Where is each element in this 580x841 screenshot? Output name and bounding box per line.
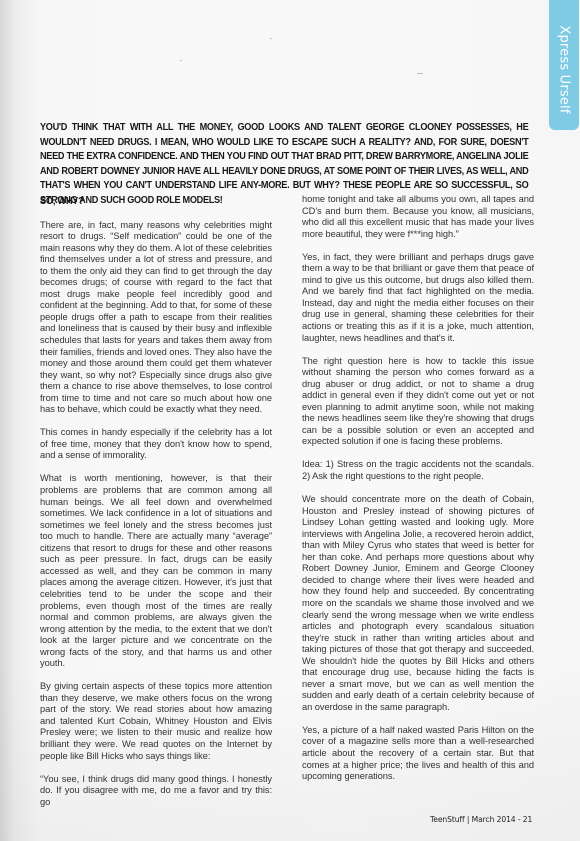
quote-paragraph: “You see, I think drugs did many good th… (40, 774, 272, 809)
section-tab-label: Xpress Urself (557, 25, 572, 115)
quote-paragraph: home tonight and take all albums you own… (302, 194, 534, 240)
body-paragraph: What is worth mentioning, however, is th… (40, 473, 272, 669)
body-paragraph: By giving certain aspects of these topic… (40, 681, 272, 762)
idea-paragraph: Idea: 1) Stress on the tragic accidents … (302, 459, 534, 482)
section-heading: SO, WHY? (40, 196, 244, 208)
body-paragraph: Yes, a picture of a half naked wasted Pa… (302, 725, 534, 783)
article-column-left: SO, WHY? There are, in fact, many reason… (40, 196, 272, 820)
body-paragraph: There are, in fact, many reasons why cel… (40, 220, 272, 416)
body-paragraph: We should concentrate more on the death … (302, 494, 534, 713)
paper-speck (417, 73, 423, 74)
body-paragraph: This comes in handy especially if the ce… (40, 427, 272, 462)
paper-speck (180, 60, 182, 61)
body-paragraph: The right question here is how to tackle… (302, 356, 534, 448)
page-footer: TeenStuff | March 2014 - 21 (430, 815, 532, 824)
body-paragraph: Yes, in fact, they were brilliant and pe… (302, 252, 534, 344)
article-column-right: home tonight and take all albums you own… (302, 194, 534, 794)
section-tab: Xpress Urself (549, 0, 579, 130)
paper-speck (270, 38, 272, 39)
